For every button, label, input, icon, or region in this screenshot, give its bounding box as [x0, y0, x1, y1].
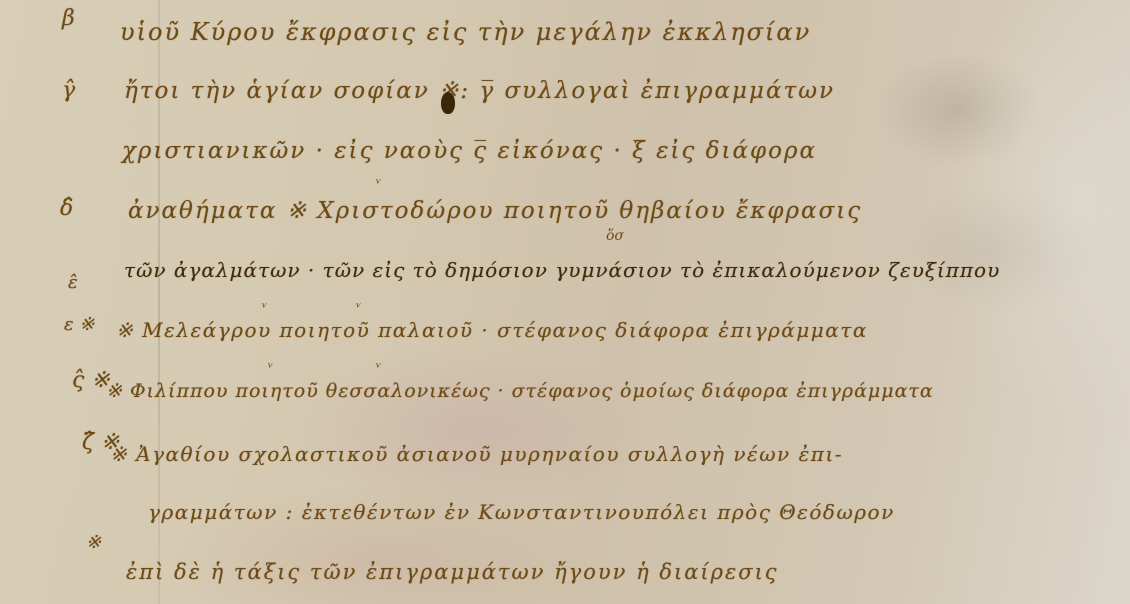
- margin-numeral-stigma: ς̂ ※: [72, 368, 110, 393]
- interlinear-mark: ᵛ: [376, 176, 381, 192]
- text-line-1: υἱοῦ Κύρου ἔκφρασις εἰς τὴν μεγάλην ἐκκλ…: [120, 18, 811, 46]
- manuscript-page: β γ̂ δ̂ ε̂ ε ※ ς̂ ※ ζ̂ ※ ※ υἱοῦ Κύρου ἔκ…: [0, 0, 1130, 604]
- interlinear-abbreviation: ὅσ: [606, 228, 624, 244]
- text-line-8: ※ Ἀγαθίου σχολαστικοῦ ἀσιανοῦ μυρηναίου …: [110, 442, 843, 466]
- text-line-5: τῶν ἀγαλμάτων · τῶν εἰς τὸ δημόσιον γυμν…: [124, 258, 1000, 282]
- text-line-2: ἤτοι τὴν ἁγίαν σοφίαν ※: γ̅ συλλογαὶ ἐπι…: [124, 78, 835, 104]
- margin-numeral-epsilon-upper: ε̂: [68, 272, 78, 293]
- interlinear-mark: ᵛ: [268, 360, 273, 376]
- text-line-7: ※ Φιλίππου ποιητοῦ θεσσαλονικέως · στέφα…: [106, 380, 934, 402]
- margin-numeral-gamma: γ̂: [62, 78, 75, 103]
- margin-asterisk: ※: [86, 532, 101, 553]
- text-line-3: χριστιανικῶν · εἰς ναοὺς ς̅ εἰκόνας · ξ̅…: [122, 138, 817, 164]
- text-line-9: γραμμάτων : ἐκτεθέντων ἐν Κωνσταντινουπό…: [148, 500, 895, 524]
- text-line-10: ἐπὶ δὲ ἡ τάξις τῶν ἐπιγραμμάτων ἤγουν ἡ …: [126, 560, 779, 584]
- text-line-6: ※ Μελεάγρου ποιητοῦ παλαιοῦ · στέφανος δ…: [116, 318, 868, 342]
- text-line-4: ἀναθήματα ※ Χριστοδώρου ποιητοῦ θηβαίου …: [128, 198, 862, 224]
- interlinear-mark: ᵛ: [262, 300, 267, 316]
- margin-numeral-epsilon: ε ※: [64, 314, 94, 335]
- interlinear-mark: ᵛ: [376, 360, 381, 376]
- margin-numeral-beta: β: [62, 6, 75, 31]
- interlinear-mark: ᵛ: [356, 300, 361, 316]
- margin-numeral-delta: δ̂: [60, 196, 73, 221]
- ink-blot: [441, 92, 455, 114]
